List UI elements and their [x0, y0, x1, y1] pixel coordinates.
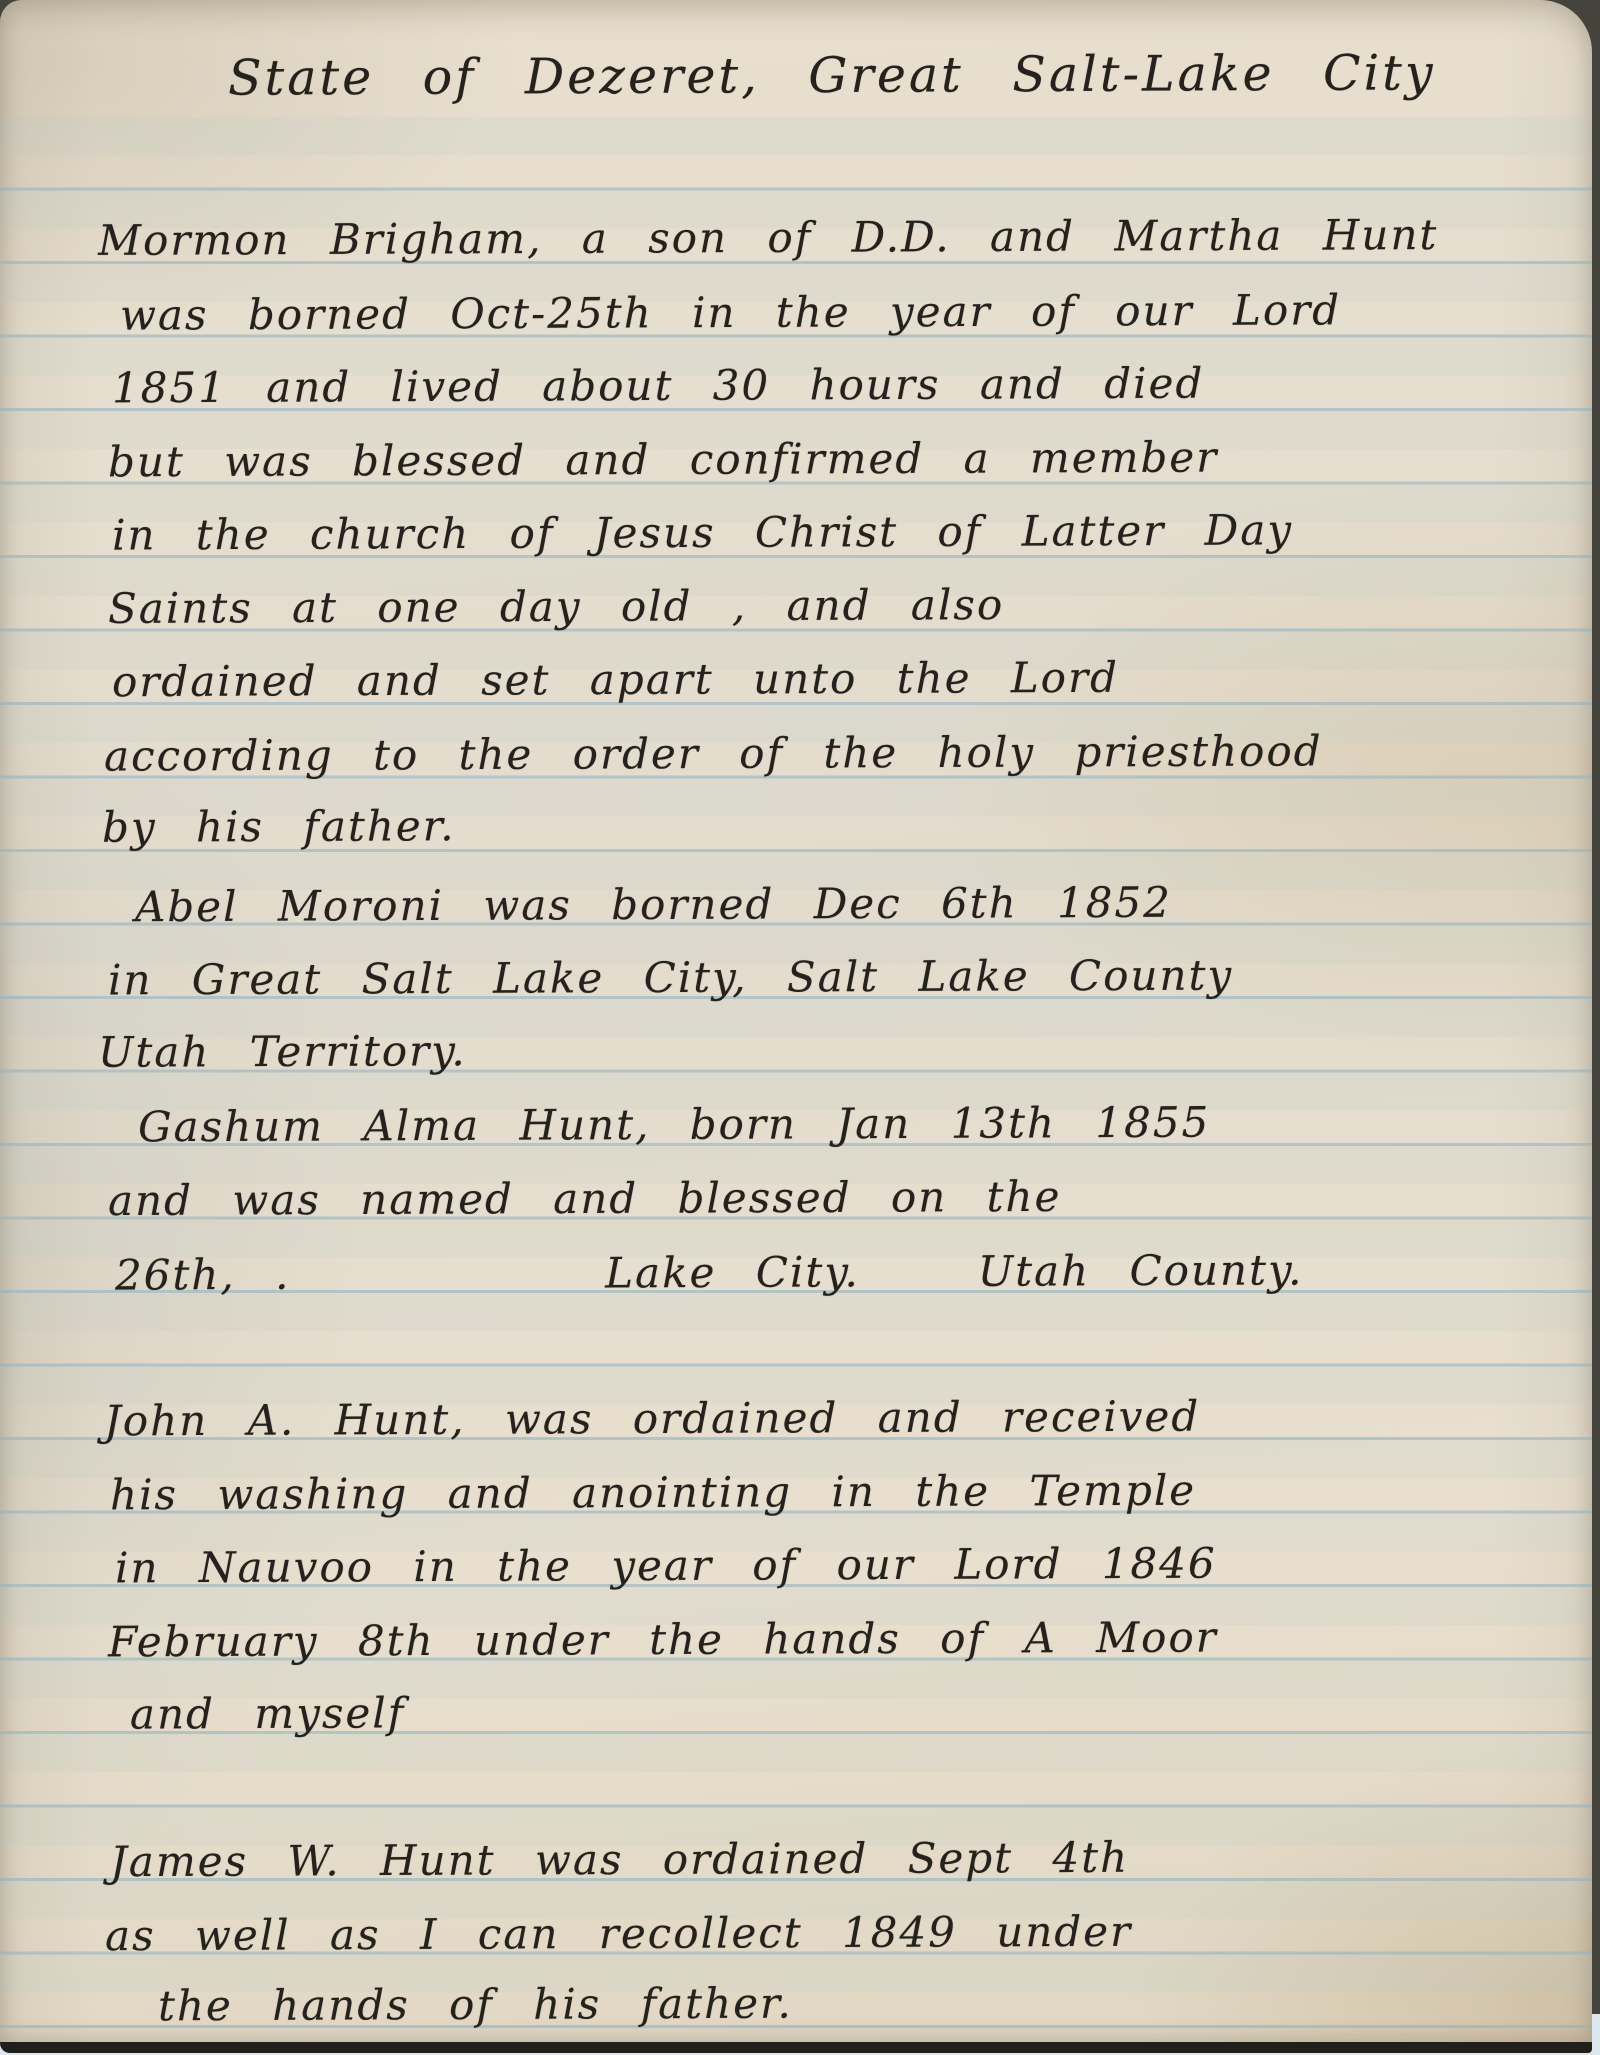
- handwritten-line: according to the order of the holy pries…: [104, 723, 1323, 784]
- handwritten-line: but was blessed and confirmed a member: [108, 430, 1219, 491]
- handwritten-line: Saints at one day old , and also: [108, 577, 1004, 637]
- handwritten-line: Mormon Brigham, a son of D.D. and Martha…: [98, 207, 1439, 269]
- handwritten-line: Abel Moroni was borned Dec 6th 1852: [135, 875, 1172, 936]
- handwritten-line: and was named and blessed on the: [108, 1169, 1062, 1229]
- handwritten-line: 1851 and lived about 30 hours and died: [112, 356, 1205, 417]
- notebook-page: State of Dezeret, Great Salt-Lake City M…: [0, 0, 1592, 2053]
- handwritten-line: 26th, . Lake City. Utah County.: [115, 1242, 1304, 1303]
- handwritten-line: February 8th under the hands of A Moor: [108, 1610, 1218, 1671]
- handwritten-line: and myself: [130, 1685, 406, 1742]
- handwritten-line: as well as I can recollect 1849 under: [105, 1904, 1132, 1964]
- handwritten-line: ordained and set apart unto the Lord: [112, 650, 1119, 710]
- handwritten-line: Utah Territory.: [98, 1023, 467, 1081]
- handwritten-line: was borned Oct-25th in the year of our L…: [120, 282, 1341, 343]
- handwritten-line: John A. Hunt, was ordained and received: [104, 1389, 1200, 1450]
- handwritten-line: in Nauvoo in the year of our Lord 1846: [115, 1536, 1217, 1597]
- handwritten-line: in Great Salt Lake City, Salt Lake Count…: [108, 948, 1233, 1009]
- handwritten-line: in the church of Jesus Christ of Latter …: [112, 502, 1293, 563]
- handwritten-line: Gashum Alma Hunt, born Jan 13th 1855: [138, 1095, 1210, 1156]
- handwritten-line: James W. Hunt was ordained Sept 4th: [110, 1830, 1129, 1890]
- handwritten-line: by his father.: [102, 798, 456, 856]
- handwritten-line: his washing and anointing in the Temple: [110, 1463, 1196, 1524]
- scanner-background: State of Dezeret, Great Salt-Lake City M…: [0, 0, 1600, 2055]
- page-title: State of Dezeret, Great Salt-Lake City: [228, 45, 1436, 106]
- handwritten-line: the hands of his father.: [158, 1976, 793, 2035]
